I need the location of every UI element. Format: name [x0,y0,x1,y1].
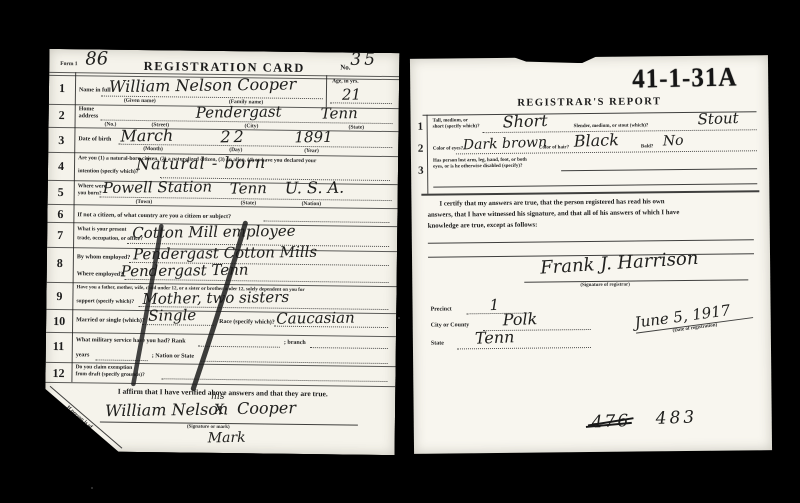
handwritten-tally-old: 476 [591,411,630,432]
signature-line [524,279,748,282]
no-label: No. [340,63,350,71]
field-number: 11 [53,339,65,354]
field-number: 5 [58,185,64,200]
handwritten-height: Short [502,111,548,132]
handwritten-race: Caucasian [276,309,355,328]
exemption-label-2: from draft (specify grounds)? [75,371,144,378]
handwritten-birth-state: Tenn [230,179,267,198]
age-label: Age, in yrs. [332,78,359,84]
blank-line [428,239,754,243]
sub-year: (Year) [304,148,319,154]
handwritten-birth-month: March [120,126,173,146]
field-number: 3 [58,133,64,148]
blank-line [310,347,388,349]
address-label-2: address [79,113,99,119]
handwritten-his: his [211,392,224,402]
fields-box-rule [427,115,429,194]
handwritten-city: Pendergast [196,103,282,122]
registrar-signature-sub-label: (Signature of registrar) [580,283,630,289]
handwritten-bald: No [663,133,684,150]
state-label: State [431,341,444,347]
sub-state: (State) [348,125,364,131]
name-label: Name in full [79,87,111,93]
trade-label-1: What is your present [77,226,126,233]
sub-month: (Month) [143,146,163,152]
rule [46,332,396,337]
eyes-label: Color of eyes? [433,146,463,151]
report-field-number: 1 [418,121,424,133]
handwritten-county: Polk [502,309,537,329]
scan-background: { "colors": {"background": "#000000", "c… [0,0,800,503]
report-title: REGISTRAR'S REPORT [410,95,768,110]
handwritten-married: Single [148,306,196,325]
handwritten-birth-town: Powell Station [103,177,213,197]
corner-note: If person is of African descent, tear of… [32,388,113,462]
bald-label: Bald? [641,144,654,149]
handwritten-mark-note: Mark [208,430,246,447]
handwritten-birth-day: 22 [220,127,247,146]
field-number: 2 [59,108,65,123]
certification-line-1: I certify that my answers are true, that… [439,198,664,207]
hair-label: Color of hair? [539,145,569,150]
blank-line [561,168,757,171]
where-employed-label: Where employed? [77,271,123,278]
citizen-label-2: intention (specify which)? [78,168,139,175]
handwritten-trade: Cotton Mill employee [132,222,296,242]
field-number: 4 [58,159,64,174]
handwritten-birth-nation: U. S. A. [285,178,345,198]
blank-line [96,359,148,361]
handwritten-dependents: Mother, two sisters [142,288,289,308]
handwritten-precinct: 1 [489,296,499,314]
certification-line-2: answers, that I have witnessed his signa… [428,209,680,219]
certification-line-3: knowledge are true, except as follows: [428,222,538,230]
handwritten-no-value: 35 [350,50,378,70]
handwritten-x-mark: X [214,402,224,418]
field-number: 12 [52,366,64,381]
handwritten-hair-color: Black [573,130,619,151]
nation-state-label: ; Nation or State [152,353,194,360]
sub-nation: (Nation) [302,201,322,207]
field-number: 9 [56,289,62,304]
rule [48,204,398,209]
handwritten-signature-given: William Nelson [105,399,228,420]
sub-given-name: (Given name) [124,98,156,104]
build-label-2: short (specify which)? [433,124,480,129]
race-label: Race (specify which)? [219,319,275,326]
disability-label-2: eyes, or is he otherwise disabled (speci… [433,164,523,170]
handwritten-birth-year: 1891 [294,128,332,147]
military-label: What military service have you had? Rank [76,337,186,344]
blank-line [161,378,387,382]
handwritten-state: Tenn [321,104,358,123]
years-label: years [76,352,90,358]
handwritten-report-state: Tenn [475,327,515,347]
handwritten-name: William Nelson Cooper [109,74,296,96]
build-label-3: Slender, medium, or stout (which)? [574,123,649,129]
field-number: 6 [57,207,63,222]
field-number: 7 [57,228,63,243]
registrars-report-card: 41-1-31A REGISTRAR'S REPORT 1 Tall, medi… [410,55,772,454]
report-field-number: 2 [418,143,424,155]
branch-label: ; branch [284,340,306,346]
county-label: City or County [431,322,470,328]
handwritten-age: 21 [342,85,361,103]
field-number: 1 [59,81,65,96]
handwritten-eye-color: Dark brown [463,134,548,153]
field-number: 8 [57,256,63,271]
form-label: Form 1 [60,61,77,67]
blank-line [433,183,757,187]
handwritten-employer-place: Pendergast Tenn [121,261,249,281]
sub-state-2: (State) [241,200,257,206]
address-label-1: Home [79,106,94,112]
handwritten-registrar-signature: Frank J. Harrison [540,248,699,279]
number-column-rule [71,72,76,382]
employer-label: By whom employed? [77,254,130,261]
sub-no: (No.) [105,122,117,128]
dust-speck [398,317,400,319]
handwritten-citizen-status: Natural - born [136,153,266,174]
not-citizen-label: If not a citizen, of what country are yo… [77,212,231,220]
married-label: Married or single (which)? [76,317,145,324]
age-box-rule [326,75,327,107]
dust-speck [91,487,93,489]
registration-card: Form 1 86 REGISTRATION CARD No. 35 1 Nam… [45,49,400,455]
sub-town: (Town) [136,199,153,205]
birthdate-label: Date of birth [78,136,111,142]
corner-note-line: If person is of [45,388,113,448]
handwritten-tally-new: 483 [655,407,697,429]
disability-label-1: Has person lost arm, leg, hand, foot, or… [433,158,527,164]
corner-note-line: corner. [32,403,100,463]
handwritten-build: Stout [697,109,739,128]
field-number: 10 [53,314,65,329]
report-field-number: 3 [418,165,424,177]
exemption-label-1: Do you claim exemption [76,364,133,371]
dependents-label-2: support (specify which)? [76,298,134,305]
blank-line [198,346,280,348]
handwritten-signature-family: Cooper [237,398,296,418]
handwritten-form-number: 86 [85,48,108,69]
torn-edge-notch [510,55,600,64]
registration-date-group: June 5, 1917 (Date of registration) [634,298,754,338]
born-label-2: you born? [78,190,102,196]
precinct-label: Precinct [431,306,452,312]
corner-note-line: African descent, [41,393,109,453]
build-label-1: Tall, medium, or [433,118,468,123]
serial-stamp: 41-1-31A [632,63,738,95]
section-divider [421,190,759,196]
